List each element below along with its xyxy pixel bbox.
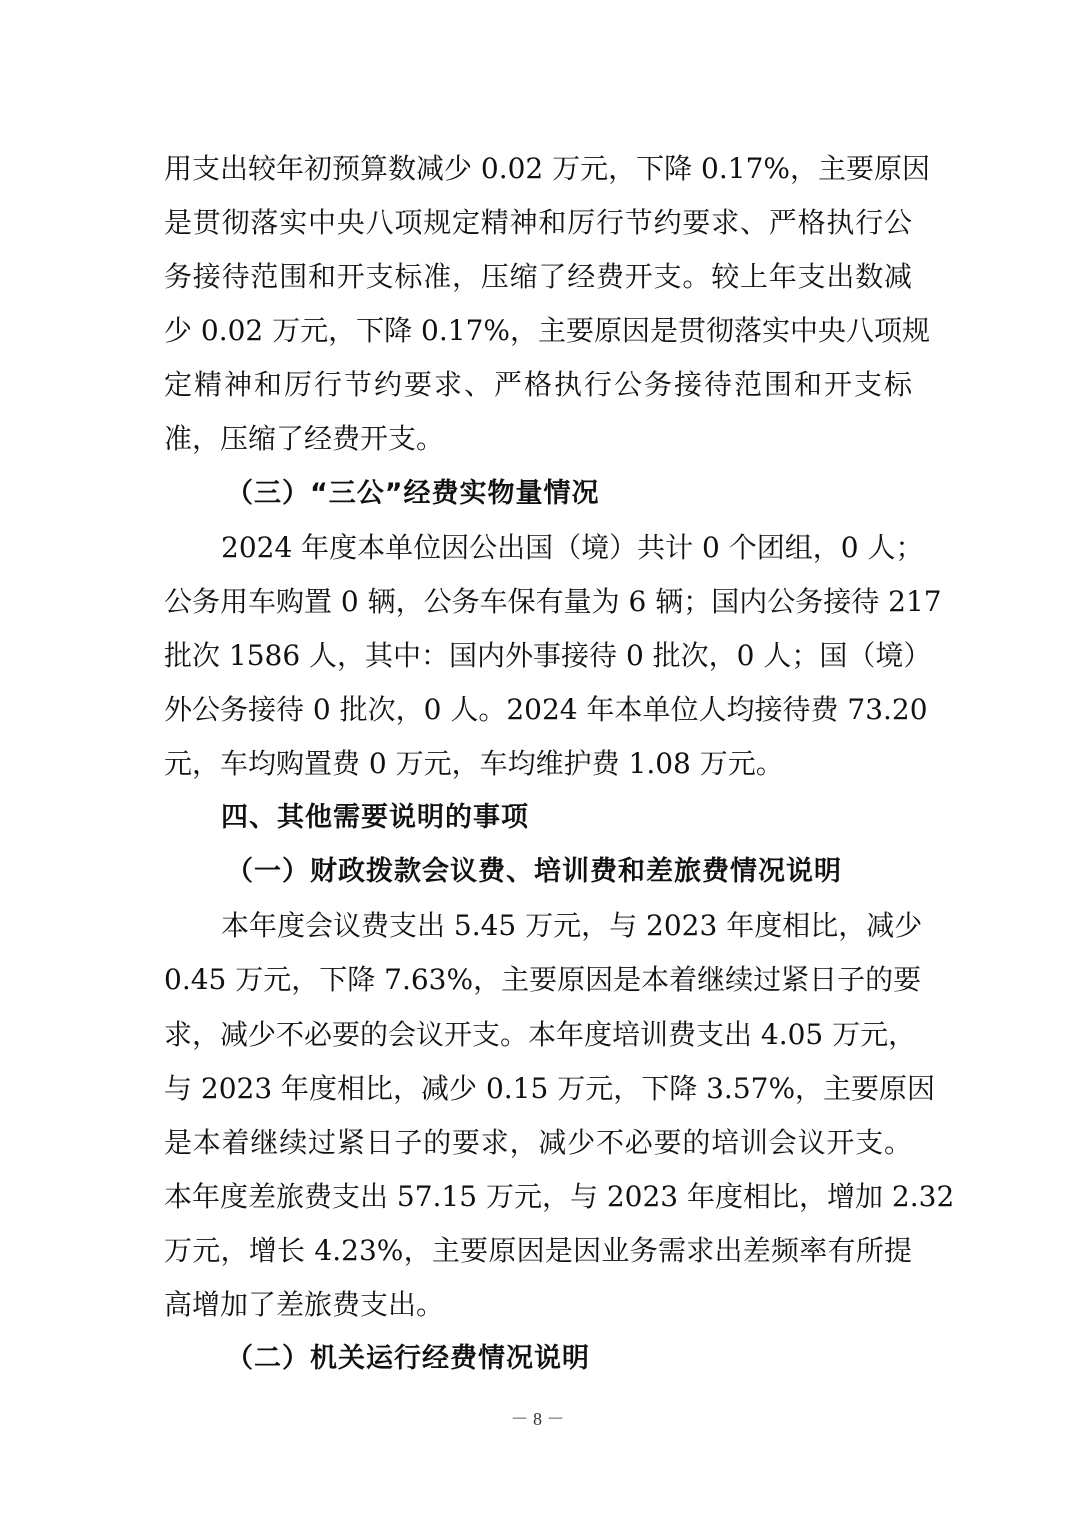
text-line: 求，减少不必要的会议开支。本年度培训费支出 4.05 万元， — [164, 1008, 912, 1062]
text-line: 准，压缩了经费开支。 — [164, 412, 912, 466]
subheading-agency-operating-expenses: （二）机关运行经费情况说明 — [164, 1332, 912, 1386]
text-line: 本年度差旅费支出 57.15 万元，与 2023 年度相比，增加 2.32 — [164, 1170, 912, 1224]
text-line: 定精神和厉行节约要求、严格执行公务接待范围和开支标 — [164, 358, 912, 412]
paragraph-physical-quantity: 2024 年度本单位因公出国（境）共计 0 个团组，0 人； 公务用车购置 0 … — [164, 521, 912, 791]
text-line: 高增加了差旅费支出。 — [164, 1278, 912, 1332]
paragraph-official-reception-continued: 用支出较年初预算数减少 0.02 万元，下降 0.17%，主要原因 是贯彻落实中… — [164, 142, 912, 467]
text-line: 少 0.02 万元，下降 0.17%，主要原因是贯彻落实中央八项规 — [164, 304, 912, 358]
text-line: 本年度会议费支出 5.45 万元，与 2023 年度相比，减少 — [164, 899, 912, 953]
text-line: 务接待范围和开支标准，压缩了经费开支。较上年支出数减 — [164, 250, 912, 304]
text-line: 批次 1586 人，其中：国内外事接待 0 批次，0 人；国（境） — [164, 629, 912, 683]
text-line: 0.45 万元，下降 7.63%，主要原因是本着继续过紧日子的要 — [164, 953, 912, 1007]
subheading-meeting-training-travel: （一）财政拨款会议费、培训费和差旅费情况说明 — [164, 845, 912, 899]
page-number: － 8 － — [0, 1405, 1075, 1431]
text-line: 元，车均购置费 0 万元，车均维护费 1.08 万元。 — [164, 737, 912, 791]
text-line: 2024 年度本单位因公出国（境）共计 0 个团组，0 人； — [164, 521, 912, 575]
text-line: 用支出较年初预算数减少 0.02 万元，下降 0.17%，主要原因 — [164, 142, 912, 196]
document-page: 用支出较年初预算数减少 0.02 万元，下降 0.17%，主要原因 是贯彻落实中… — [164, 142, 912, 1386]
text-line: 万元，增长 4.23%，主要原因是因业务需求出差频率有所提 — [164, 1224, 912, 1278]
text-line: 是贯彻落实中央八项规定精神和厉行节约要求、严格执行公 — [164, 196, 912, 250]
subheading-three-public-physical-quantity: （三）“三公”经费实物量情况 — [164, 467, 912, 521]
paragraph-meeting-training-travel: 本年度会议费支出 5.45 万元，与 2023 年度相比，减少 0.45 万元，… — [164, 899, 912, 1332]
text-line: 外公务接待 0 批次，0 人。2024 年本单位人均接待费 73.20 — [164, 683, 912, 737]
heading-other-matters: 四、其他需要说明的事项 — [164, 791, 912, 845]
text-line: 与 2023 年度相比，减少 0.15 万元，下降 3.57%，主要原因 — [164, 1062, 912, 1116]
text-line: 是本着继续过紧日子的要求，减少不必要的培训会议开支。 — [164, 1116, 912, 1170]
text-line: 公务用车购置 0 辆，公务车保有量为 6 辆；国内公务接待 217 — [164, 575, 912, 629]
